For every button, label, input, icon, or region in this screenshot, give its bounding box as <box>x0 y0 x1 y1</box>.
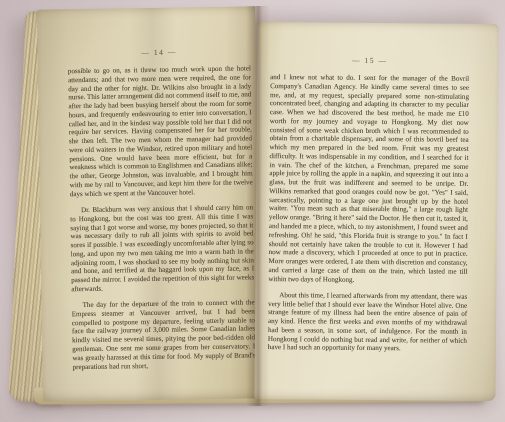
left-page-number: — 14 — <box>68 46 251 58</box>
right-page: — 15 — and I knew not what to do. I sent… <box>254 22 498 401</box>
left-page-text: — 14 — possible to go on, as it threw to… <box>68 46 256 379</box>
right-page-number: — 15 — <box>270 55 469 66</box>
right-page-text: — 15 — and I knew not what to do. I sent… <box>268 55 470 361</box>
paragraph: About this time, I learned afterwards fr… <box>268 291 468 354</box>
paragraph: Dr. Blackburn was very anxious that I sh… <box>70 203 254 294</box>
paragraph: The day for the departure of the train t… <box>72 298 256 371</box>
photo-background: — 14 — possible to go on, as it threw to… <box>0 0 505 422</box>
paragraph: and I knew not what to do. I sent for th… <box>268 73 469 285</box>
left-page: — 14 — possible to go on, as it threw to… <box>37 6 261 401</box>
paragraph: possible to go on, as it threw too much … <box>68 64 253 198</box>
